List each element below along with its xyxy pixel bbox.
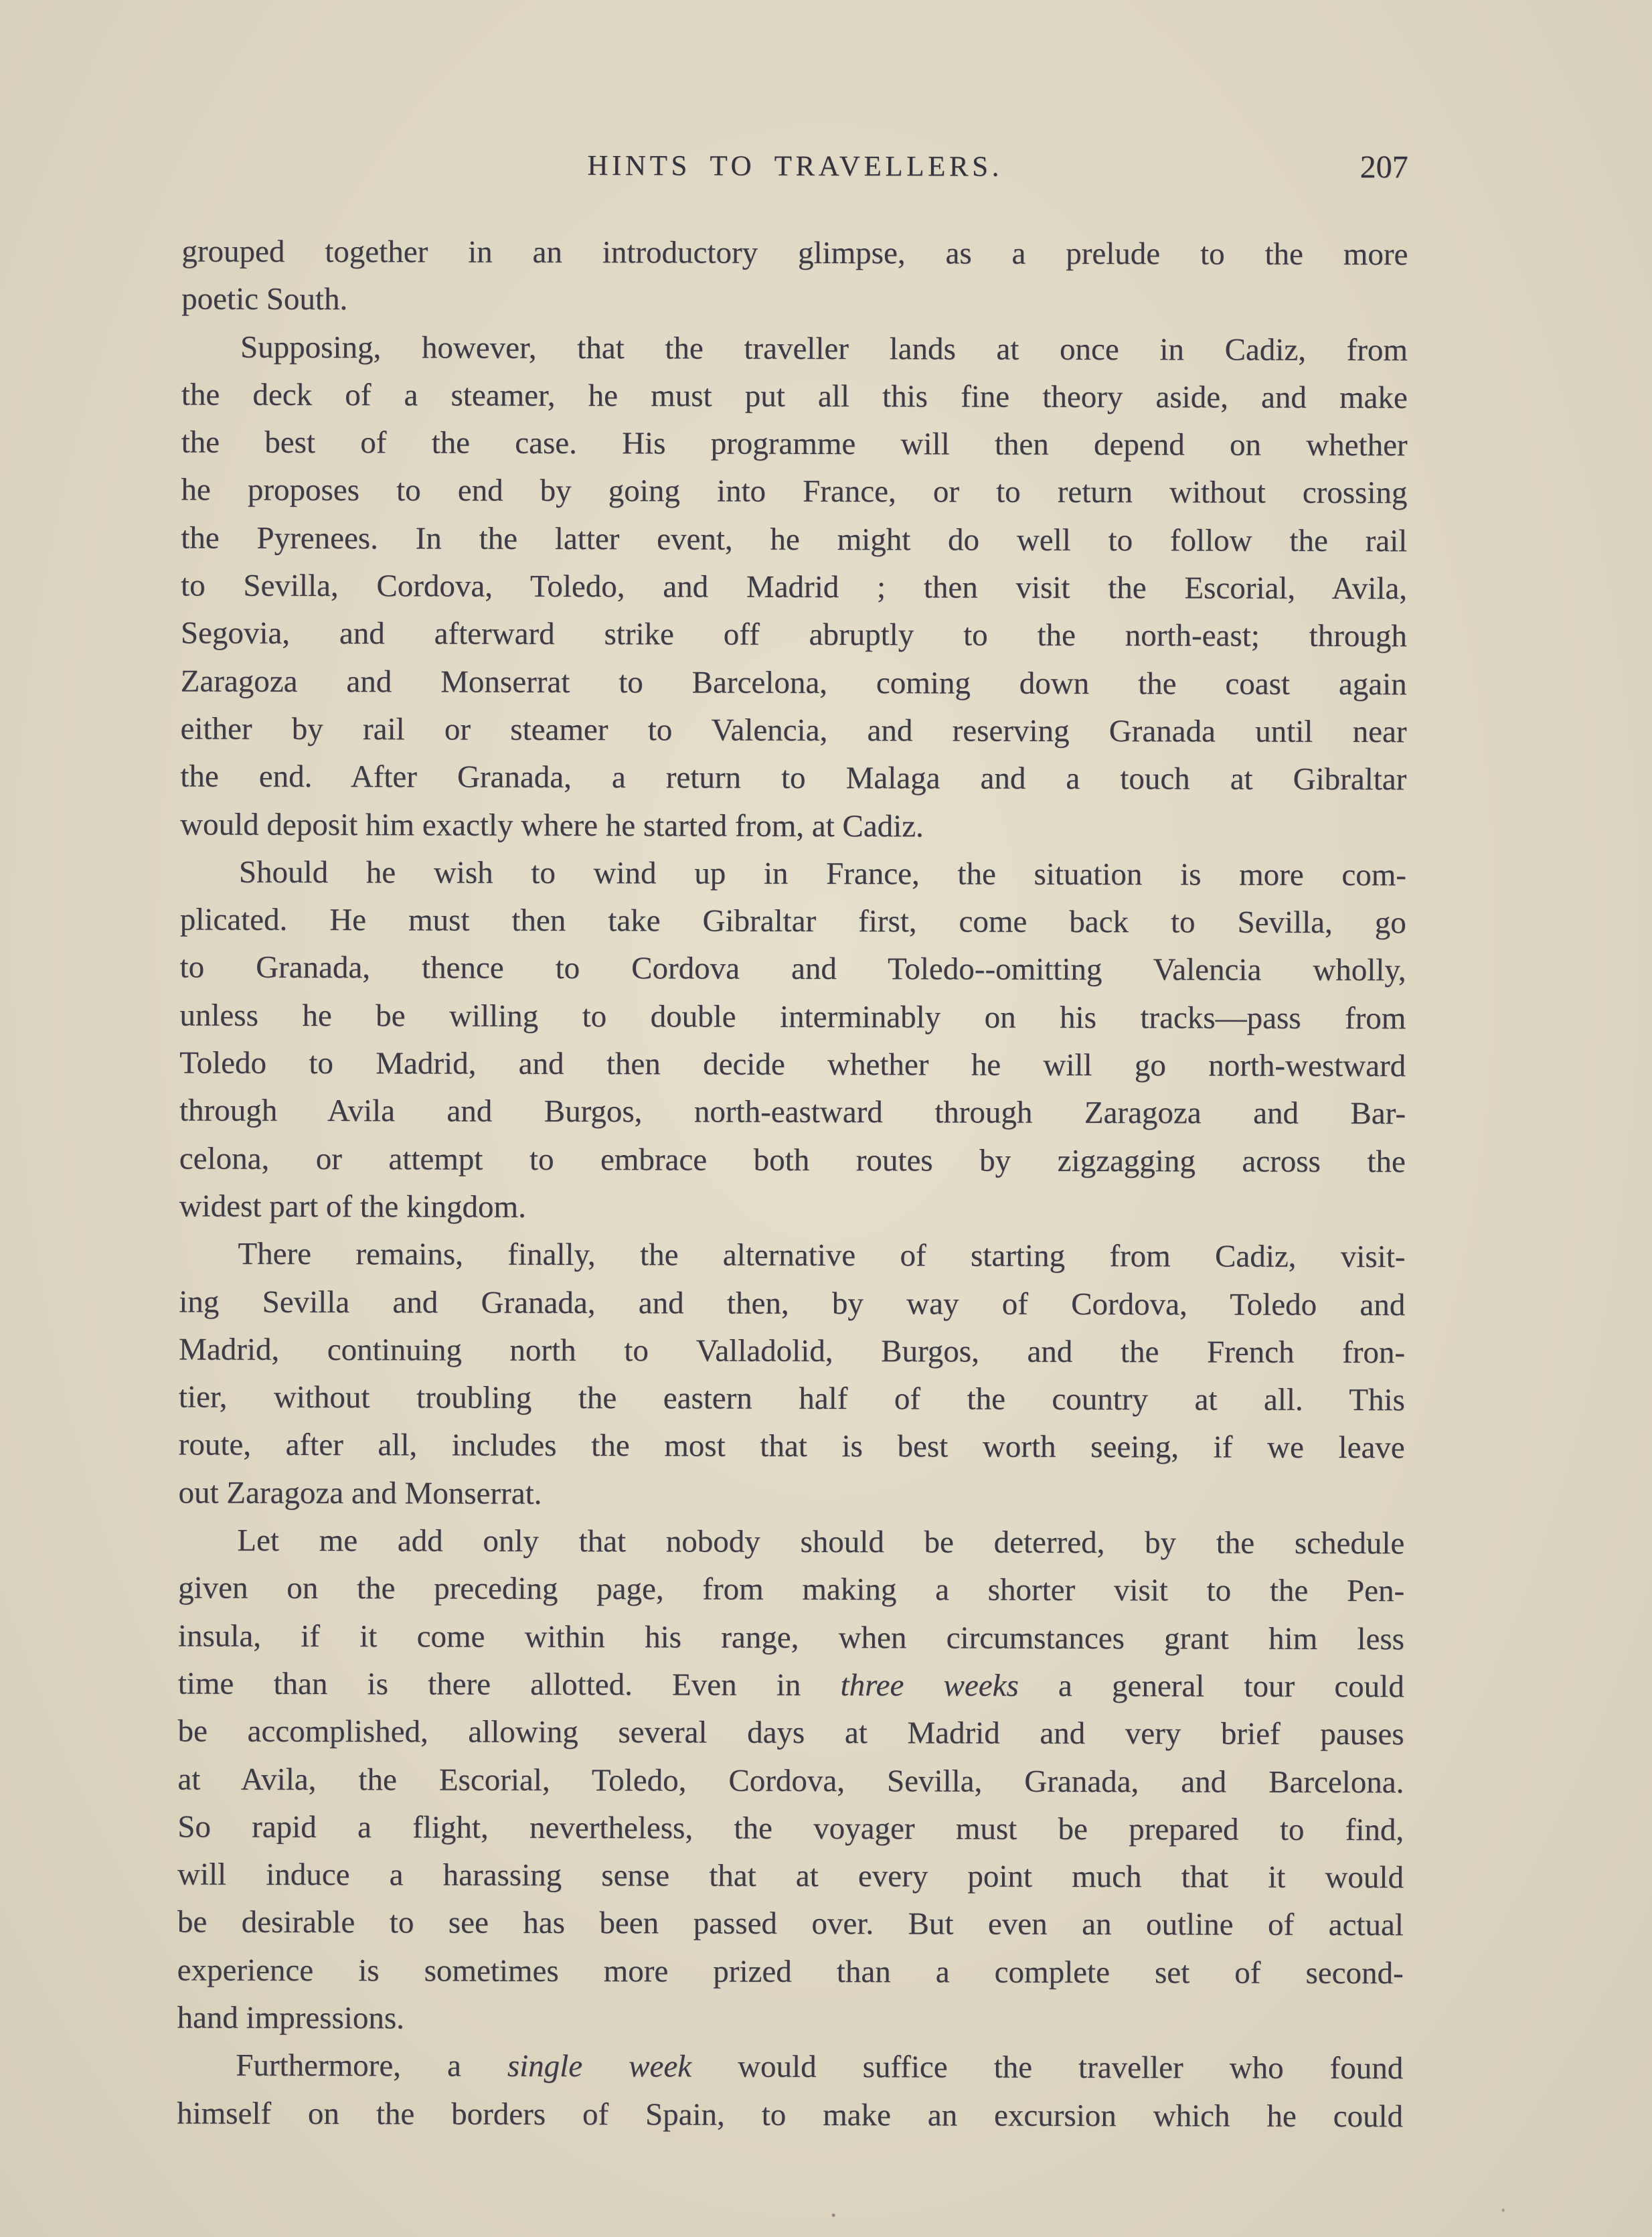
text-line: route, after all, includes the most that… — [179, 1421, 1405, 1472]
text-line: will induce a harassing sense that at ev… — [177, 1851, 1404, 1902]
italic-text-segment: single week — [507, 2049, 691, 2084]
text-segment: to Sevilla, Cordova, Toledo, and Madrid … — [181, 568, 1407, 607]
text-segment: a general tour could — [1019, 1669, 1404, 1705]
text-segment: experience is sometimes more prized than… — [177, 1952, 1404, 1991]
text-line: poetic South. — [181, 276, 1408, 327]
running-head: HINTS TO TRAVELLERS. 207 — [182, 148, 1408, 198]
text-segment: himself on the borders of Spain, to make… — [177, 2096, 1403, 2134]
text-line: There remains, finally, the alternative … — [179, 1231, 1405, 1282]
text-segment: unless he be willing to double intermina… — [179, 998, 1406, 1036]
text-segment: plicated. He must then take Gibraltar fi… — [180, 903, 1406, 941]
text-line: insula, if it come within his range, whe… — [178, 1612, 1404, 1663]
text-segment: would suffice the traveller who found — [691, 2050, 1403, 2086]
text-segment: through Avila and Burgos, north-eastward… — [179, 1093, 1406, 1132]
text-line: would deposit him exactly where he start… — [180, 801, 1406, 852]
text-line: widest part of the kingdom. — [179, 1182, 1406, 1233]
text-line: the deck of a steamer, he must put all t… — [181, 371, 1408, 422]
text-line: through Avila and Burgos, north-eastward… — [179, 1087, 1406, 1138]
text-segment: So rapid a flight, nevertheless, the voy… — [177, 1809, 1404, 1847]
text-segment: ing Sevilla and Granada, and then, by wa… — [179, 1284, 1405, 1322]
text-segment: the best of the case. His programme will… — [181, 425, 1408, 463]
text-line: the best of the case. His programme will… — [181, 419, 1408, 470]
text-line: tier, without troubling the eastern half… — [179, 1374, 1405, 1425]
paper-speck — [832, 2214, 835, 2217]
text-segment: Let me add only that nobody should be de… — [237, 1523, 1404, 1561]
text-line: to Granada, thence to Cordova and Toledo… — [179, 944, 1406, 995]
text-segment: Supposing, however, that the traveller l… — [240, 329, 1408, 368]
text-line: be accomplished, allowing several days a… — [178, 1708, 1404, 1759]
text-segment: will induce a harassing sense that at ev… — [177, 1857, 1404, 1896]
text-line: Toledo to Madrid, and then decide whethe… — [179, 1040, 1406, 1091]
text-segment: widest part of the kingdom. — [179, 1188, 526, 1224]
text-segment: would deposit him exactly where he start… — [180, 807, 924, 844]
text-line: grouped together in an introductory glim… — [181, 228, 1408, 279]
text-segment: given on the preceding page, from making… — [178, 1571, 1404, 1609]
text-line: out Zaragoza and Monserrat. — [178, 1469, 1404, 1520]
text-segment: route, after all, includes the most that… — [179, 1428, 1405, 1466]
text-segment: hand impressions. — [177, 2000, 404, 2035]
scanned-book-page: { "header": { "title": "HINTS TO TRAVELL… — [0, 0, 1652, 2237]
text-line: unless he be willing to double intermina… — [179, 992, 1406, 1043]
text-line: Madrid, continuing north to Valladolid, … — [179, 1326, 1405, 1377]
text-segment: he proposes to end by going into France,… — [181, 473, 1407, 511]
text-segment: time than is there allotted. Even in — [178, 1666, 841, 1703]
text-segment: Furthermore, a — [236, 2048, 507, 2084]
text-segment: Zaragoza and Monserrat to Barcelona, com… — [181, 664, 1407, 702]
text-segment: Madrid, continuing north to Valladolid, … — [179, 1332, 1405, 1370]
text-line: hand impressions. — [177, 1994, 1403, 2045]
text-line: given on the preceding page, from making… — [178, 1565, 1404, 1616]
text-segment: the Pyrenees. In the latter event, he mi… — [181, 520, 1407, 558]
text-line: celona, or attempt to embrace both route… — [179, 1135, 1406, 1186]
text-segment: either by rail or steamer to Valencia, a… — [180, 711, 1406, 749]
text-segment: to Granada, thence to Cordova and Toledo… — [180, 950, 1406, 988]
text-segment: tier, without troubling the eastern half… — [179, 1380, 1405, 1418]
page: HINTS TO TRAVELLERS. 207 grouped togethe… — [0, 0, 1652, 2237]
page-header-title: HINTS TO TRAVELLERS. — [182, 148, 1408, 184]
text-segment: Should he wish to wind up in France, the… — [239, 855, 1406, 893]
text-segment: celona, or attempt to embrace both route… — [179, 1141, 1406, 1179]
page-number: 207 — [1360, 149, 1408, 185]
text-line: the end. After Granada, a return to Mala… — [180, 753, 1406, 804]
text-line: Supposing, however, that the traveller l… — [181, 323, 1408, 374]
text-segment: poetic South. — [181, 282, 347, 317]
text-segment: be desirable to see has been passed over… — [177, 1905, 1404, 1943]
italic-text-segment: three weeks — [840, 1668, 1018, 1703]
text-line: ing Sevilla and Granada, and then, by wa… — [179, 1278, 1405, 1329]
text-line: the Pyrenees. In the latter event, he mi… — [181, 514, 1407, 565]
text-segment: be accomplished, allowing several days a… — [178, 1714, 1404, 1752]
text-line: Let me add only that nobody should be de… — [178, 1517, 1404, 1567]
text-line: either by rail or steamer to Valencia, a… — [180, 705, 1406, 756]
body-text: grouped together in an introductory glim… — [177, 228, 1408, 2141]
text-segment: There remains, finally, the alternative … — [238, 1237, 1405, 1275]
text-line: to Sevilla, Cordova, Toledo, and Madrid … — [181, 562, 1407, 613]
text-line: he proposes to end by going into France,… — [181, 467, 1407, 518]
text-line: Segovia, and afterward strike off abrupt… — [181, 610, 1407, 661]
text-segment: the end. After Granada, a return to Mala… — [180, 759, 1406, 797]
text-line: be desirable to see has been passed over… — [177, 1899, 1404, 1950]
text-segment: Toledo to Madrid, and then decide whethe… — [179, 1046, 1406, 1084]
text-segment: at Avila, the Escorial, Toledo, Cordova,… — [177, 1762, 1404, 1800]
text-segment: grouped together in an introductory glim… — [181, 234, 1408, 272]
text-line: time than is there allotted. Even in thr… — [178, 1660, 1404, 1711]
text-line: So rapid a flight, nevertheless, the voy… — [177, 1803, 1404, 1854]
text-segment: the deck of a steamer, he must put all t… — [181, 377, 1408, 415]
text-line: experience is sometimes more prized than… — [177, 1946, 1404, 1997]
text-segment: Segovia, and afterward strike off abrupt… — [181, 616, 1407, 654]
text-segment: insula, if it come within his range, whe… — [178, 1618, 1404, 1656]
text-line: Should he wish to wind up in France, the… — [180, 848, 1406, 899]
text-segment: out Zaragoza and Monserrat. — [178, 1475, 542, 1511]
text-line: Zaragoza and Monserrat to Barcelona, com… — [181, 658, 1407, 708]
text-line: plicated. He must then take Gibraltar fi… — [180, 897, 1406, 947]
paper-speck — [1502, 2209, 1505, 2212]
text-line: himself on the borders of Spain, to make… — [177, 2090, 1403, 2141]
text-line: Furthermore, a single week would suffice… — [177, 2042, 1403, 2093]
text-line: at Avila, the Escorial, Toledo, Cordova,… — [177, 1756, 1404, 1806]
